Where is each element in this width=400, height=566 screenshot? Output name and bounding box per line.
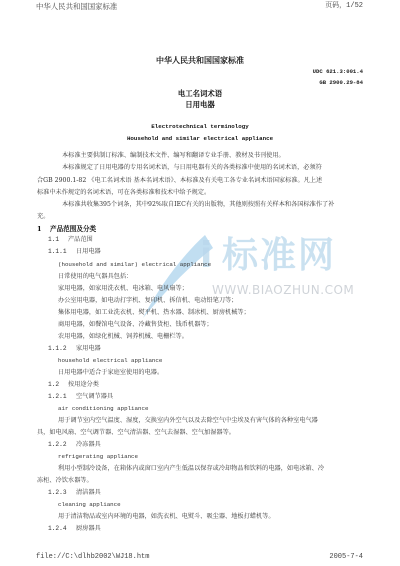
section-1-2-2-desc: 利用小型制冷设备，在箱体内或窗口室内产生低温以保存或冷却物品和饮料的电器，如电冰… <box>58 466 324 472</box>
section-1-1-1-en: (household and similar) electrical appli… <box>58 262 211 268</box>
section-1-2-2-desc: 冻柜、冷饮水器等。 <box>37 478 93 484</box>
section-1-2-title: 按用途分类 <box>68 382 99 388</box>
intro-line: 本标准主要供制订标准、编制技术文件、编写和翻译专业手册、教材及书刊使用。 <box>62 153 285 159</box>
section-1-1-1-number: 1.1.1 <box>48 249 67 255</box>
list-item: 农用电器，如绿化机械、饲养机械、电栅栏等。 <box>58 334 188 340</box>
section-1-2-2-number: 1.2.2 <box>48 442 67 448</box>
section-1-2-4-title: 厨房器具 <box>76 526 101 532</box>
title-cn-line1: 电工名词术语 <box>0 90 400 97</box>
section-1-2-3-en: cleaning appliance <box>58 502 121 508</box>
section-1-2-4-number: 1.2.4 <box>48 526 67 532</box>
section-1-2-3-number: 1.2.3 <box>48 490 67 496</box>
section-1-1-2-en: household electrical appliance <box>58 358 162 364</box>
section-1-2-1-desc: 具，如电风扇、空气调节器、空气清洁器、空气去湿器、空气加湿器等。 <box>37 430 235 436</box>
section-1-1-2-title: 家用电器 <box>76 346 101 352</box>
section-1-2-3-title: 清洁器具 <box>76 490 101 496</box>
section-1-number: 1 <box>37 226 42 233</box>
title-cn-line2: 日用电器 <box>0 101 400 108</box>
list-item: 商用电器，如餐馆电气设备、冷藏售货柜、钱币机器等； <box>58 322 213 328</box>
list-item: 集体用电器，如工业洗衣机、熨平机、热水器、制冰机、厨房机械等； <box>58 310 250 316</box>
intro-line: 充。 <box>37 214 49 220</box>
title-en-line1: Electrotechnical terminology <box>0 124 400 130</box>
list-item: 家用电器，如家用洗衣机、电冰箱、电风扇等； <box>58 286 188 292</box>
footer-file-path: file://C:\dlhb2002\WJ18.htm <box>36 554 149 561</box>
title-en-line2: Household and similar electrical applian… <box>0 136 400 142</box>
section-1-1-2-number: 1.1.2 <box>48 346 67 352</box>
section-1-1-2-desc: 日用电器中适合于家庭室使用的电器。 <box>58 370 163 376</box>
footer-date: 2005-7-4 <box>329 554 363 561</box>
page-header-title: 中华人民共和国国家标准 <box>36 3 117 10</box>
list-item: 日常使用的电气器具包括： <box>58 274 132 280</box>
gb-code: GB 2900.29-84 <box>319 80 363 86</box>
org-title: 中华人民共和国国家标准 <box>0 56 400 64</box>
watermark-brand: 标准网 <box>222 238 336 274</box>
udc-code: UDC 621.3:001.4 <box>313 69 363 75</box>
section-1-1-number: 1.1 <box>48 237 59 243</box>
section-1-2-1-number: 1.2.1 <box>48 394 67 400</box>
watermark-i: i <box>200 238 212 274</box>
intro-line: 本标准规定了日用电器的专用名词术语，与日用电器有关的各类标准中使用的名词术语，必… <box>62 165 322 171</box>
page-number: 页码，1/52 <box>325 3 363 10</box>
intro-line: 本标准共收集395个词条，其中92%取自IEC有关的出版物，其他则按照有关样本和… <box>62 202 334 208</box>
section-1-2-1-en: air conditioning appliance <box>58 406 148 412</box>
intro-line: 标准中未作规定的名词术语，可在各类标准和技术中给予规定。 <box>37 190 210 196</box>
section-1-2-3-desc: 用于清洁物品或室内环境的电器，如洗衣机、电熨斗、吸尘器、地板打蜡机等。 <box>58 514 275 520</box>
section-1-2-1-title: 空气调节器具 <box>76 394 113 400</box>
watermark-url: WWW.BIAOZHUN.COM <box>212 284 354 296</box>
section-1-2-number: 1.2 <box>48 382 59 388</box>
section-1-1-1-title: 日用电器 <box>76 249 101 255</box>
intro-line: 合GB 2900.1-82 《电工名词术语 基本名词术语》、本标准及有关电工各专… <box>37 178 322 184</box>
section-1-title: 产品范围及分类 <box>50 226 96 233</box>
section-1-1-title: 产品范围 <box>68 237 93 243</box>
section-1-2-2-title: 冷冻器具 <box>76 442 101 448</box>
section-1-2-1-desc: 用于调节室内空气温度、湿度，交换室内外空气以及去除空气中尘埃及有害气体的各种室电… <box>58 418 318 424</box>
list-item: 办公室用电器，如电动打字机、复印机、拆信机、电动铅笔刀等； <box>58 298 237 304</box>
section-1-2-2-en: refrigerating appliance <box>58 454 138 460</box>
